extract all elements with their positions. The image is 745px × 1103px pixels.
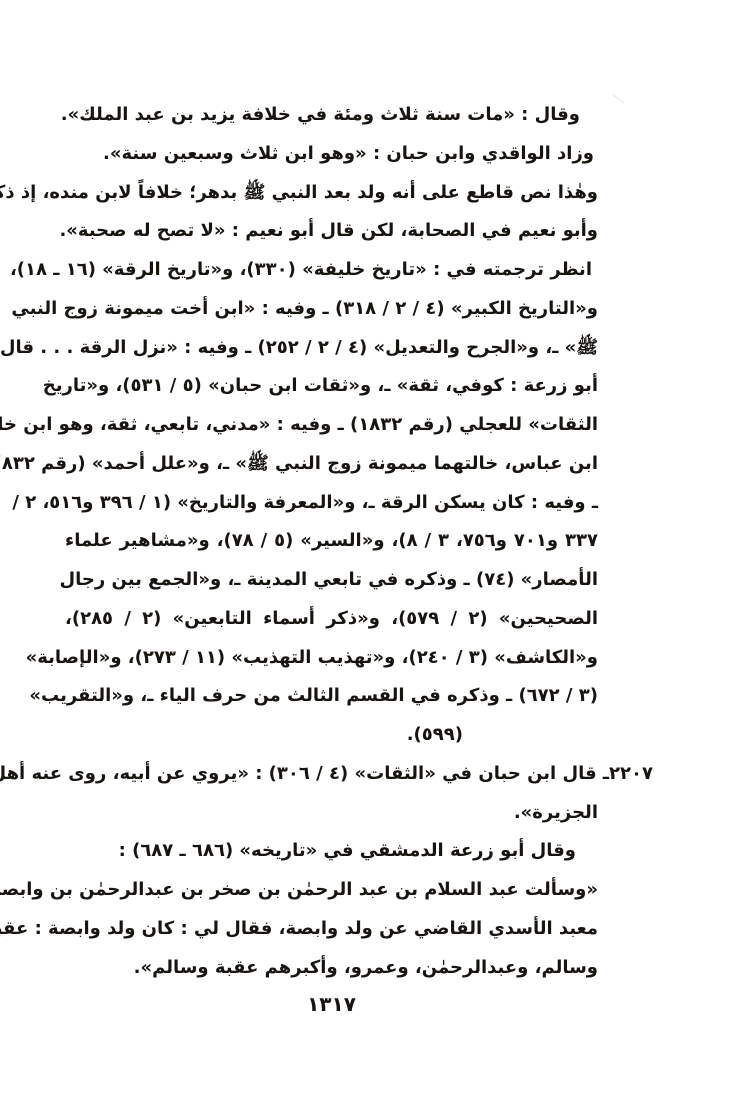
text-line: و«التاريخ الكبير» (٤ / ٢ / ٣١٨) ـ وفيه :…: [65, 290, 598, 329]
text-line: أبو زرعة : كوفي، ثقة» ـ، و«ثقات ابن حبان…: [65, 367, 598, 406]
page-number: ١٣١٧: [65, 992, 598, 1016]
text-line: ابن عباس، خالتهما ميمونة زوج النبي ﷺ» ـ،…: [65, 445, 598, 484]
text-line: وقال : «مات سنة ثلاث ومئة في خلافة يزيد …: [65, 96, 598, 135]
body-text-block: وقال : «مات سنة ثلاث ومئة في خلافة يزيد …: [65, 96, 598, 987]
book-page: وقال : «مات سنة ثلاث ومئة في خلافة يزيد …: [0, 0, 745, 1103]
text-line: الجزيرة».: [65, 794, 598, 833]
text-line: وأبو نعيم في الصحابة، لكن قال أبو نعيم :…: [65, 212, 598, 251]
text-line: و«الكاشف» (٣ / ٢٤٠)، و«تهذيب التهذيب» (١…: [65, 639, 598, 678]
text-line: الأمصار» (٧٤) ـ وذكره في تابعي المدينة ـ…: [65, 561, 598, 600]
text-line: وهٰذا نص قاطع على أنه ولد بعد النبي ﷺ بد…: [65, 174, 598, 213]
text-line: ﷺ» ـ، و«الجرح والتعديل» (٤ / ٢ / ٢٥٢) ـ …: [65, 329, 598, 368]
text-line: (٥٩٩).: [65, 716, 598, 755]
text-line: وقال أبو زرعة الدمشقي في «تاريخه» (٦٨٦ ـ…: [65, 832, 598, 871]
text-line: الثقات» للعجلي (رقم ١٨٣٢) ـ وفيه : «مدني…: [65, 406, 598, 445]
scan-artifact: [606, 94, 624, 111]
text-line: معبد الأسدي القاضي عن ولد وابصة، فقال لي…: [65, 910, 598, 949]
text-line: ـ وفيه : كان يسكن الرقة ـ، و«المعرفة وال…: [65, 484, 598, 523]
text-line: الصحيحين» (٢ / ٥٧٩)، و«ذكر أسماء التابعي…: [65, 600, 598, 639]
text-line: وزاد الواقدي وابن حبان : «وهو ابن ثلاث و…: [65, 135, 598, 174]
text-line: (٣ / ٦٧٢) ـ وذكره في القسم الثالث من حرف…: [65, 677, 598, 716]
text-line: ٢٢٠٧ـ قال ابن حبان في «الثقات» (٤ / ٣٠٦)…: [65, 755, 653, 794]
text-line: وسالم، وعبدالرحمٰن، وعمرو، وأكبرهم عقبة …: [65, 949, 598, 988]
text-line: ٣٣٧ و٧٠١ و٧٥٦، ٣ / ٨)، و«السير» (٥ / ٧٨)…: [65, 522, 598, 561]
text-line: انظر ترجمته في : «تاريخ خليفة» (٣٣٠)، و«…: [65, 251, 598, 290]
text-line: «وسألت عبد السلام بن عبد الرحمٰن بن صخر …: [65, 871, 598, 910]
